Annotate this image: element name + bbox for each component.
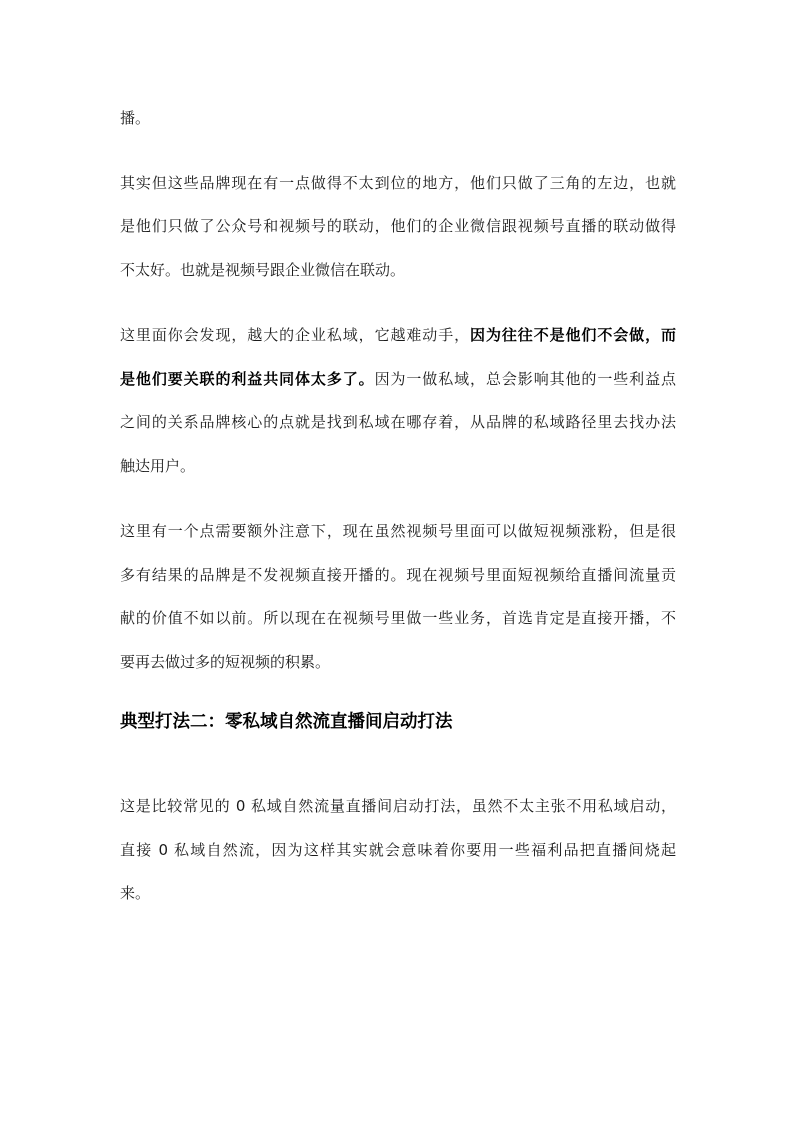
paragraph-line: 其实但这些品牌现在有一点做得不太到位的地方，他们只做了三角的左边，也就 [120,173,676,193]
paragraph-line: 这是比较常见的 0 私域自然流量直播间启动打法，虽然不太主张不用私域启动， [120,796,676,816]
paragraph-line: 要再去做过多的短视频的积累。 [120,652,676,672]
paragraph-line: 献的价值不如以前。所以现在在视频号里做一些业务，首选肯定是直接开播，不 [120,608,676,628]
paragraph-line: 直接 0 私域自然流，因为这样其实就会意味着你要用一些福利品把直播间烧起 [120,840,676,860]
paragraph-line: 是他们只做了公众号和视频号的联动，他们的企业微信跟视频号直播的联动做得 [120,216,676,236]
paragraph-line: 这里有一个点需要额外注意下，现在虽然视频号里面可以做短视频涨粉，但是很 [120,521,676,541]
bold-text: 是他们要关联的利益共同体太多了。 [120,370,375,388]
paragraph-line: 来。 [120,883,676,903]
paragraph-line: 是他们要关联的利益共同体太多了。因为一做私域，总会影响其他的一些利益点 [120,369,676,389]
normal-text: 这里面你会发现，越大的企业私域，它越难动手， [120,326,470,344]
paragraph-line: 之间的关系品牌核心的点就是找到私域在哪存着，从品牌的私域路径里去找办法 [120,412,676,432]
paragraph-line: 不太好。也就是视频号跟企业微信在联动。 [120,260,676,280]
normal-text: 因为一做私域，总会影响其他的一些利益点 [375,370,676,388]
document-page: 播。 其实但这些品牌现在有一点做得不太到位的地方，他们只做了三角的左边，也就 是… [0,0,793,1122]
paragraph-line: 多有结果的品牌是不发视频直接开播的。现在视频号里面短视频给直播间流量贡 [120,565,676,585]
paragraph-line: 触达用户。 [120,456,676,476]
bold-text: 因为往往不是他们不会做，而 [470,326,676,344]
paragraph-line: 这里面你会发现，越大的企业私域，它越难动手，因为往往不是他们不会做，而 [120,325,676,345]
paragraph-line: 播。 [120,108,676,128]
section-heading: 典型打法二：零私域自然流直播间启动打法 [120,710,453,734]
